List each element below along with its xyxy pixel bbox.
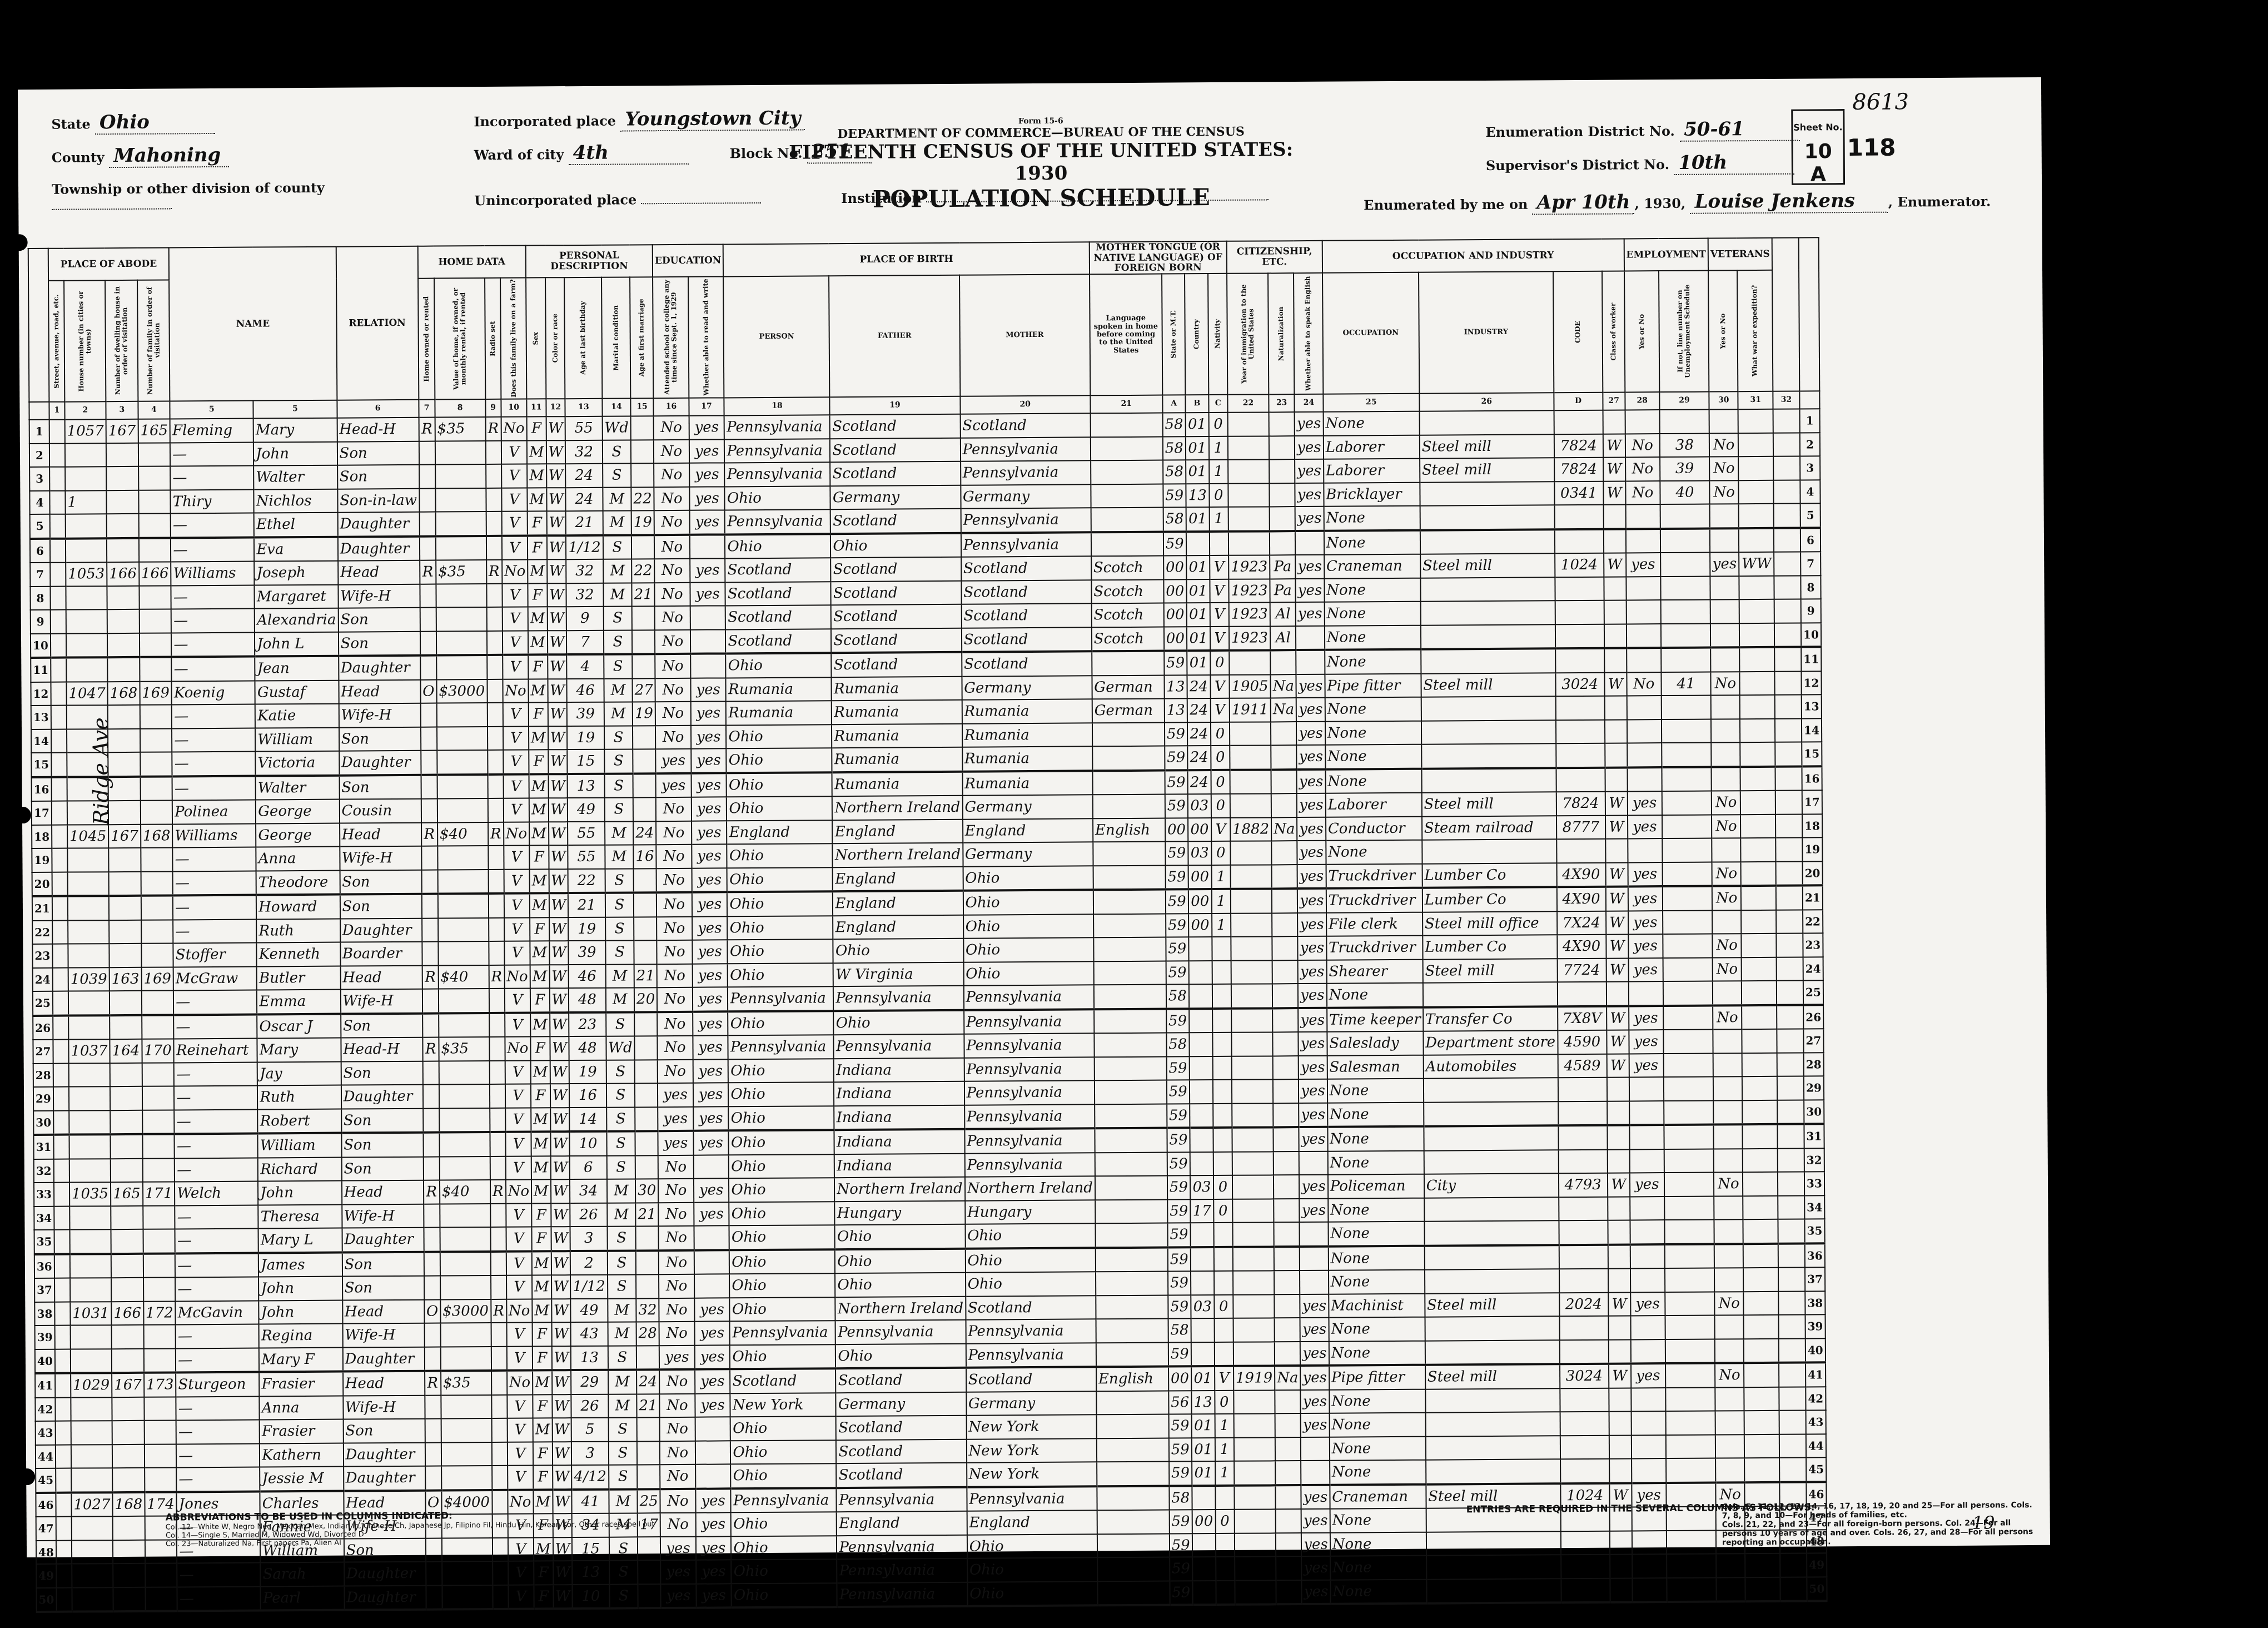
cell-code-c: 0 xyxy=(1211,841,1230,865)
cell-code-c: 0 xyxy=(1211,746,1230,770)
cell-sex: M xyxy=(530,965,550,989)
cell-line: 26 xyxy=(33,1015,53,1040)
cell-language xyxy=(1097,1581,1170,1605)
cell-veteran xyxy=(1715,1411,1745,1435)
cell-unemp-line xyxy=(1666,1435,1716,1458)
cell-immigration xyxy=(1232,1127,1273,1151)
cell-race: W xyxy=(548,798,568,822)
cell-class: W xyxy=(1605,792,1627,816)
cell-relation: Daughter xyxy=(344,1585,426,1610)
cell-sex: F xyxy=(534,1585,553,1609)
cell-age: 32 xyxy=(566,583,604,607)
cell-class xyxy=(1610,1555,1632,1579)
cell-first-marriage: 30 xyxy=(635,1179,658,1203)
cell-value xyxy=(439,1108,490,1133)
cell-code-a: 59 xyxy=(1166,889,1188,914)
cell-code-a: 59 xyxy=(1167,1104,1190,1128)
cell-first-marriage xyxy=(635,1107,658,1131)
cell-birth-father: England xyxy=(833,891,963,916)
cell-industry xyxy=(1421,720,1556,744)
cell-war xyxy=(1740,671,1775,695)
cell-occupation: None xyxy=(1324,530,1420,555)
cell-house xyxy=(69,1063,110,1087)
cell-family xyxy=(139,609,171,633)
cell-birth-mother: Pennsylvania xyxy=(964,1009,1094,1034)
cell-dwelling xyxy=(111,1158,143,1182)
cell-marital: M xyxy=(606,987,635,1012)
cell-relation: Son xyxy=(339,775,421,799)
cell-first-marriage: 20 xyxy=(634,987,657,1012)
cell-family xyxy=(145,1468,177,1492)
cell-first-marriage: 27 xyxy=(633,678,655,702)
cell-line: 25 xyxy=(1803,980,1823,1005)
cell-first-marriage xyxy=(634,892,656,917)
cell-language xyxy=(1093,842,1165,866)
cell-veteran xyxy=(1713,1053,1743,1077)
cell-dwelling: 167 xyxy=(106,419,138,443)
cell-first-marriage xyxy=(638,1584,660,1609)
cell-family xyxy=(140,728,172,752)
cell-marital: S xyxy=(605,940,634,964)
cell-english: yes xyxy=(1296,721,1325,745)
cell-farm: V xyxy=(502,631,528,655)
cell-code-c xyxy=(1213,1128,1232,1152)
cell-line: 11 xyxy=(1801,647,1821,671)
cell-language xyxy=(1095,1128,1167,1153)
cell-line: 29 xyxy=(33,1087,53,1111)
cell-code-d: 4X90 xyxy=(1556,862,1605,887)
cell-farm-schedule xyxy=(1774,647,1801,672)
cell-race: W xyxy=(549,869,568,894)
cell-owned xyxy=(425,1466,442,1491)
cell-code-c: 0 xyxy=(1210,651,1229,675)
cell-family xyxy=(143,1229,175,1254)
cell-given: Katie xyxy=(255,704,339,728)
cell-code-c: 1 xyxy=(1212,889,1231,914)
cell-code-b xyxy=(1186,532,1210,556)
cell-naturalization: Na xyxy=(1270,674,1296,698)
cell-birth-person: England xyxy=(727,820,832,845)
cell-naturalization xyxy=(1275,1437,1301,1461)
cell-line: 10 xyxy=(31,633,51,658)
cell-veteran xyxy=(1716,1577,1745,1602)
cell-industry: Steel mill xyxy=(1419,434,1554,459)
cell-class xyxy=(1608,1244,1630,1269)
cell-occupation: Truckdriver xyxy=(1326,888,1422,913)
cell-code-d xyxy=(1558,1101,1607,1125)
cell-farm: V xyxy=(506,1346,533,1371)
cell-marital: S xyxy=(604,630,633,654)
cell-owned: R xyxy=(423,1180,440,1204)
cell-street xyxy=(56,1517,71,1541)
cell-radio xyxy=(490,1132,505,1157)
cell-school: No xyxy=(654,439,689,463)
cell-surname: — xyxy=(170,442,253,466)
cell-sex: F xyxy=(532,1322,551,1346)
cell-street xyxy=(51,610,66,634)
cell-house xyxy=(68,944,109,967)
cell-language xyxy=(1090,413,1162,437)
cell-family xyxy=(145,1564,177,1587)
cell-birth-person: Ohio xyxy=(729,1225,835,1250)
cell-street xyxy=(51,777,67,801)
cell-occupation: None xyxy=(1325,768,1421,793)
cell-at-work xyxy=(1632,1578,1667,1602)
cell-class: W xyxy=(1606,911,1628,935)
cell-radio xyxy=(488,798,503,822)
cell-veteran: No xyxy=(1713,1005,1742,1030)
column-label: State or M.T. xyxy=(1162,274,1185,395)
cell-marital: M xyxy=(603,559,632,583)
cell-occupation: Saleslady xyxy=(1327,1031,1423,1056)
cell-given: John L xyxy=(255,632,339,656)
cell-owned: R xyxy=(422,1038,439,1061)
cell-surname: — xyxy=(172,728,255,752)
cell-war xyxy=(1738,433,1773,456)
cell-birth-father: Rumania xyxy=(832,771,962,796)
cell-birth-mother: Ohio xyxy=(967,1557,1097,1582)
cell-school: No xyxy=(658,1036,693,1060)
cell-marital: S xyxy=(606,1060,635,1084)
column-label: Number of family in order of visitation xyxy=(137,280,170,401)
cell-radio xyxy=(488,750,503,775)
cell-first-marriage xyxy=(634,917,656,941)
cell-farm-schedule xyxy=(1777,957,1803,981)
cell-english: yes xyxy=(1301,1532,1330,1556)
cell-line: 29 xyxy=(1804,1076,1824,1100)
cell-street xyxy=(51,682,66,706)
cell-immigration xyxy=(1233,1270,1274,1294)
cell-radio xyxy=(489,1037,505,1061)
cell-line: 16 xyxy=(1802,766,1822,791)
cell-industry xyxy=(1424,1245,1559,1270)
cell-class xyxy=(1606,982,1628,1006)
cell-street xyxy=(53,1063,69,1087)
cell-race: W xyxy=(546,535,566,560)
cell-farm: V xyxy=(501,464,528,488)
cell-birth-mother: New York xyxy=(967,1462,1097,1487)
cell-at-work xyxy=(1629,1149,1664,1173)
cell-sex: M xyxy=(532,1299,551,1323)
cell-dwelling xyxy=(109,944,141,967)
cell-house xyxy=(67,777,108,801)
cell-surname: Stoffer xyxy=(173,943,257,967)
cell-war xyxy=(1738,456,1773,480)
cell-naturalization xyxy=(1275,1485,1301,1510)
cell-age: 16 xyxy=(569,1084,606,1108)
cell-code-d xyxy=(1558,1078,1607,1101)
cell-code-b xyxy=(1190,1080,1213,1104)
column-number: 16 xyxy=(654,398,689,416)
cell-english: yes xyxy=(1295,412,1324,436)
cell-at-work xyxy=(1625,504,1660,529)
cell-owned xyxy=(422,1013,439,1038)
cell-class: W xyxy=(1608,1173,1630,1197)
cell-industry: Transfer Co xyxy=(1423,1006,1558,1031)
cell-relation: Daughter xyxy=(344,1466,425,1491)
cell-code-b xyxy=(1191,1342,1215,1367)
cell-radio xyxy=(489,1060,505,1084)
cell-given: Walter xyxy=(256,775,340,800)
cell-english: yes xyxy=(1296,578,1325,602)
column-label: Year of immigration to the United States xyxy=(1227,273,1269,394)
cell-owned xyxy=(425,1442,441,1466)
cell-marital: S xyxy=(606,1155,635,1179)
cell-house xyxy=(65,466,106,490)
cell-class: W xyxy=(1604,553,1626,577)
cell-surname: Sturgeon xyxy=(176,1372,259,1397)
cell-war xyxy=(1739,528,1774,552)
cell-farm: No xyxy=(504,965,530,989)
cell-school: No xyxy=(656,797,692,821)
cell-war xyxy=(1743,1219,1778,1244)
cell-farm-schedule xyxy=(1774,623,1801,647)
cell-code-c: 0 xyxy=(1214,1294,1233,1318)
cell-line: 41 xyxy=(35,1373,55,1398)
cell-radio xyxy=(491,1394,507,1418)
cell-dwelling xyxy=(113,1564,145,1587)
cell-given: Richard xyxy=(258,1157,342,1181)
cell-class: W xyxy=(1606,1054,1629,1078)
column-number: 3 xyxy=(106,401,138,419)
cell-read xyxy=(690,653,726,678)
cell-veteran xyxy=(1711,695,1740,719)
cell-code-b: 03 xyxy=(1190,1175,1213,1199)
cell-read xyxy=(690,629,726,654)
cell-house: 1027 xyxy=(71,1492,112,1517)
cell-value xyxy=(436,536,486,560)
cell-birth-father: Ohio xyxy=(834,1010,964,1035)
cell-birth-father: Scotland xyxy=(836,1416,966,1440)
cell-given: Theodore xyxy=(256,870,340,895)
cell-code-d: 7824 xyxy=(1554,458,1603,482)
cell-immigration xyxy=(1233,1294,1274,1318)
cell-line: 9 xyxy=(31,610,51,634)
cell-unemp-line xyxy=(1662,743,1712,767)
cell-class xyxy=(1607,1149,1629,1173)
cell-war xyxy=(1740,814,1775,838)
cell-family: 169 xyxy=(141,967,173,991)
cell-birth-mother: Ohio xyxy=(963,866,1093,891)
cell-occupation: None xyxy=(1330,1436,1426,1461)
cell-race: W xyxy=(551,1346,571,1371)
column-number: D xyxy=(1554,393,1603,411)
cell-war xyxy=(1743,1268,1778,1292)
cell-farm: V xyxy=(505,1156,531,1180)
cell-marital: S xyxy=(606,1131,635,1155)
column-number: 32 xyxy=(1773,391,1799,409)
cell-code-d xyxy=(1561,1531,1610,1555)
cell-code-b: 01 xyxy=(1186,579,1210,603)
cell-occupation: None xyxy=(1330,1556,1426,1580)
cell-birth-person: Ohio xyxy=(727,867,833,892)
cell-code-a: 59 xyxy=(1170,1533,1192,1557)
cell-naturalization xyxy=(1274,1175,1300,1199)
cell-code-d xyxy=(1560,1388,1609,1412)
cell-code-c xyxy=(1215,1485,1234,1510)
cell-value xyxy=(438,918,489,942)
cell-street xyxy=(50,586,66,610)
cell-value xyxy=(439,1132,490,1157)
cell-english: yes xyxy=(1300,1294,1329,1318)
cell-line: 40 xyxy=(1806,1338,1826,1363)
column-number: 28 xyxy=(1625,392,1659,410)
column-number: 24 xyxy=(1295,394,1324,412)
cell-surname: McGraw xyxy=(173,966,257,990)
cell-code-b xyxy=(1190,1223,1213,1247)
cell-race: W xyxy=(547,583,566,607)
cell-house xyxy=(68,896,109,920)
cell-street xyxy=(51,633,66,658)
cell-birth-person: Ohio xyxy=(729,1249,835,1274)
cell-birth-person: Rumania xyxy=(726,701,832,725)
cell-naturalization xyxy=(1270,507,1296,531)
cell-language xyxy=(1097,1510,1169,1534)
cell-radio xyxy=(491,1371,507,1395)
population-table: PLACE OF ABODE NAME RELATION HOME DATA P… xyxy=(28,237,1828,1613)
cell-naturalization xyxy=(1276,1580,1302,1605)
cell-english: yes xyxy=(1300,1341,1329,1366)
cell-birth-person: Pennsylvania xyxy=(725,509,830,534)
cell-house: 1045 xyxy=(67,825,108,848)
cell-relation: Son xyxy=(340,894,421,919)
cell-english: yes xyxy=(1300,1366,1329,1390)
cell-war xyxy=(1738,409,1773,433)
cell-age: 23 xyxy=(569,1012,606,1036)
cell-birth-father: Scotland xyxy=(831,557,961,582)
cell-first-marriage: 24 xyxy=(633,821,656,845)
cell-line: 14 xyxy=(31,729,51,753)
cell-birth-mother: Pennsylvania xyxy=(961,460,1091,485)
cell-given: Oscar J xyxy=(257,1014,341,1038)
cell-line: 32 xyxy=(1804,1148,1824,1172)
cell-owned xyxy=(422,1061,439,1085)
cell-code-a: 59 xyxy=(1167,1080,1190,1104)
cell-code-d: 4X90 xyxy=(1556,887,1605,911)
cell-owned: R xyxy=(425,1371,441,1396)
cell-occupation: Truckdriver xyxy=(1326,863,1422,889)
cell-code-c xyxy=(1216,1533,1235,1557)
cell-first-marriage xyxy=(637,1441,660,1465)
cell-sex: M xyxy=(530,1012,550,1037)
enumeration-district-field: Enumeration District No. 50-61 xyxy=(1485,118,1799,143)
cell-relation: Wife-H xyxy=(342,1323,424,1347)
cell-war xyxy=(1741,861,1776,886)
cell-code-d: 4793 xyxy=(1559,1173,1608,1197)
cell-radio: R xyxy=(491,1299,506,1323)
cell-line: 20 xyxy=(1802,861,1822,886)
cell-marital: S xyxy=(605,868,634,893)
cell-family xyxy=(140,633,172,657)
cell-farm-schedule xyxy=(1778,1243,1805,1268)
cell-read: yes xyxy=(696,1560,732,1584)
cell-relation: Son xyxy=(338,608,420,632)
cell-school: No xyxy=(655,582,690,606)
cell-house: 1 xyxy=(65,490,106,514)
cell-street xyxy=(56,1540,72,1564)
cell-first-marriage xyxy=(636,1346,659,1370)
cell-first-marriage xyxy=(637,1465,660,1489)
cell-house xyxy=(67,752,108,777)
cell-code-b: 24 xyxy=(1187,722,1211,746)
cell-value xyxy=(441,1466,492,1490)
cell-at-work xyxy=(1625,410,1659,434)
cell-owned xyxy=(419,512,436,537)
cell-first-marriage xyxy=(634,868,656,893)
cell-birth-person: Ohio xyxy=(726,653,832,678)
cell-language xyxy=(1094,1033,1166,1057)
cell-age: 21 xyxy=(566,511,603,535)
cell-radio xyxy=(485,440,501,464)
cell-birth-mother: Rumania xyxy=(962,746,1092,771)
cell-language xyxy=(1093,961,1166,985)
group-relation: RELATION xyxy=(336,246,419,400)
cell-read: yes xyxy=(694,1298,730,1322)
column-label: Whether able to speak English xyxy=(1294,273,1323,394)
cell-occupation: None xyxy=(1329,1270,1425,1294)
cell-line: 7 xyxy=(30,563,50,587)
cell-house xyxy=(71,1397,112,1421)
cell-war xyxy=(1741,886,1776,910)
cell-birth-mother: Ohio xyxy=(965,1223,1095,1248)
cell-farm: V xyxy=(506,1251,532,1275)
cell-at-work xyxy=(1629,1077,1664,1101)
cell-english: yes xyxy=(1299,1079,1327,1103)
cell-code-a: 59 xyxy=(1168,1342,1191,1367)
cell-birth-mother: Scotland xyxy=(961,580,1091,604)
cell-owned xyxy=(424,1276,441,1300)
cell-line: 5 xyxy=(1801,503,1821,528)
cell-naturalization xyxy=(1274,1151,1300,1175)
cell-veteran xyxy=(1715,1435,1745,1458)
cell-birth-mother: Scotland xyxy=(961,603,1091,628)
cell-at-work: yes xyxy=(1628,911,1663,935)
cell-sex: M xyxy=(531,1156,551,1180)
cell-unemp-line xyxy=(1660,600,1710,624)
cell-industry xyxy=(1421,624,1555,649)
column-label: Naturalization xyxy=(1268,273,1295,394)
cell-house xyxy=(71,1516,112,1540)
cell-unemp-line: 40 xyxy=(1660,480,1710,504)
cell-birth-father: Hungary xyxy=(835,1200,965,1225)
cell-street xyxy=(51,658,66,682)
cell-value xyxy=(437,750,488,775)
cell-language xyxy=(1097,1557,1170,1581)
cell-house xyxy=(66,538,107,563)
cell-house: 1057 xyxy=(64,419,106,443)
cell-family: 171 xyxy=(143,1182,175,1206)
stamp-number: 8613 xyxy=(1852,89,1909,115)
cell-language: Scotch xyxy=(1092,627,1164,651)
cell-naturalization xyxy=(1273,1127,1299,1151)
cell-birth-person: Ohio xyxy=(729,1154,834,1179)
cell-radio xyxy=(486,464,501,488)
cell-war xyxy=(1740,742,1775,767)
cell-family xyxy=(142,1158,175,1182)
cell-school: yes xyxy=(658,1131,694,1155)
cell-language xyxy=(1094,1056,1166,1080)
cell-code-d: 7724 xyxy=(1557,958,1606,982)
cell-immigration xyxy=(1231,960,1272,984)
cell-race: W xyxy=(551,1227,570,1251)
cell-given: William xyxy=(258,1133,342,1158)
cell-sex: F xyxy=(529,702,548,726)
cell-farm: V xyxy=(503,798,529,822)
cell-marital: M xyxy=(603,510,631,535)
cell-race: W xyxy=(548,631,567,655)
cell-code-d xyxy=(1561,1555,1610,1579)
cell-relation: Daughter xyxy=(337,536,419,560)
